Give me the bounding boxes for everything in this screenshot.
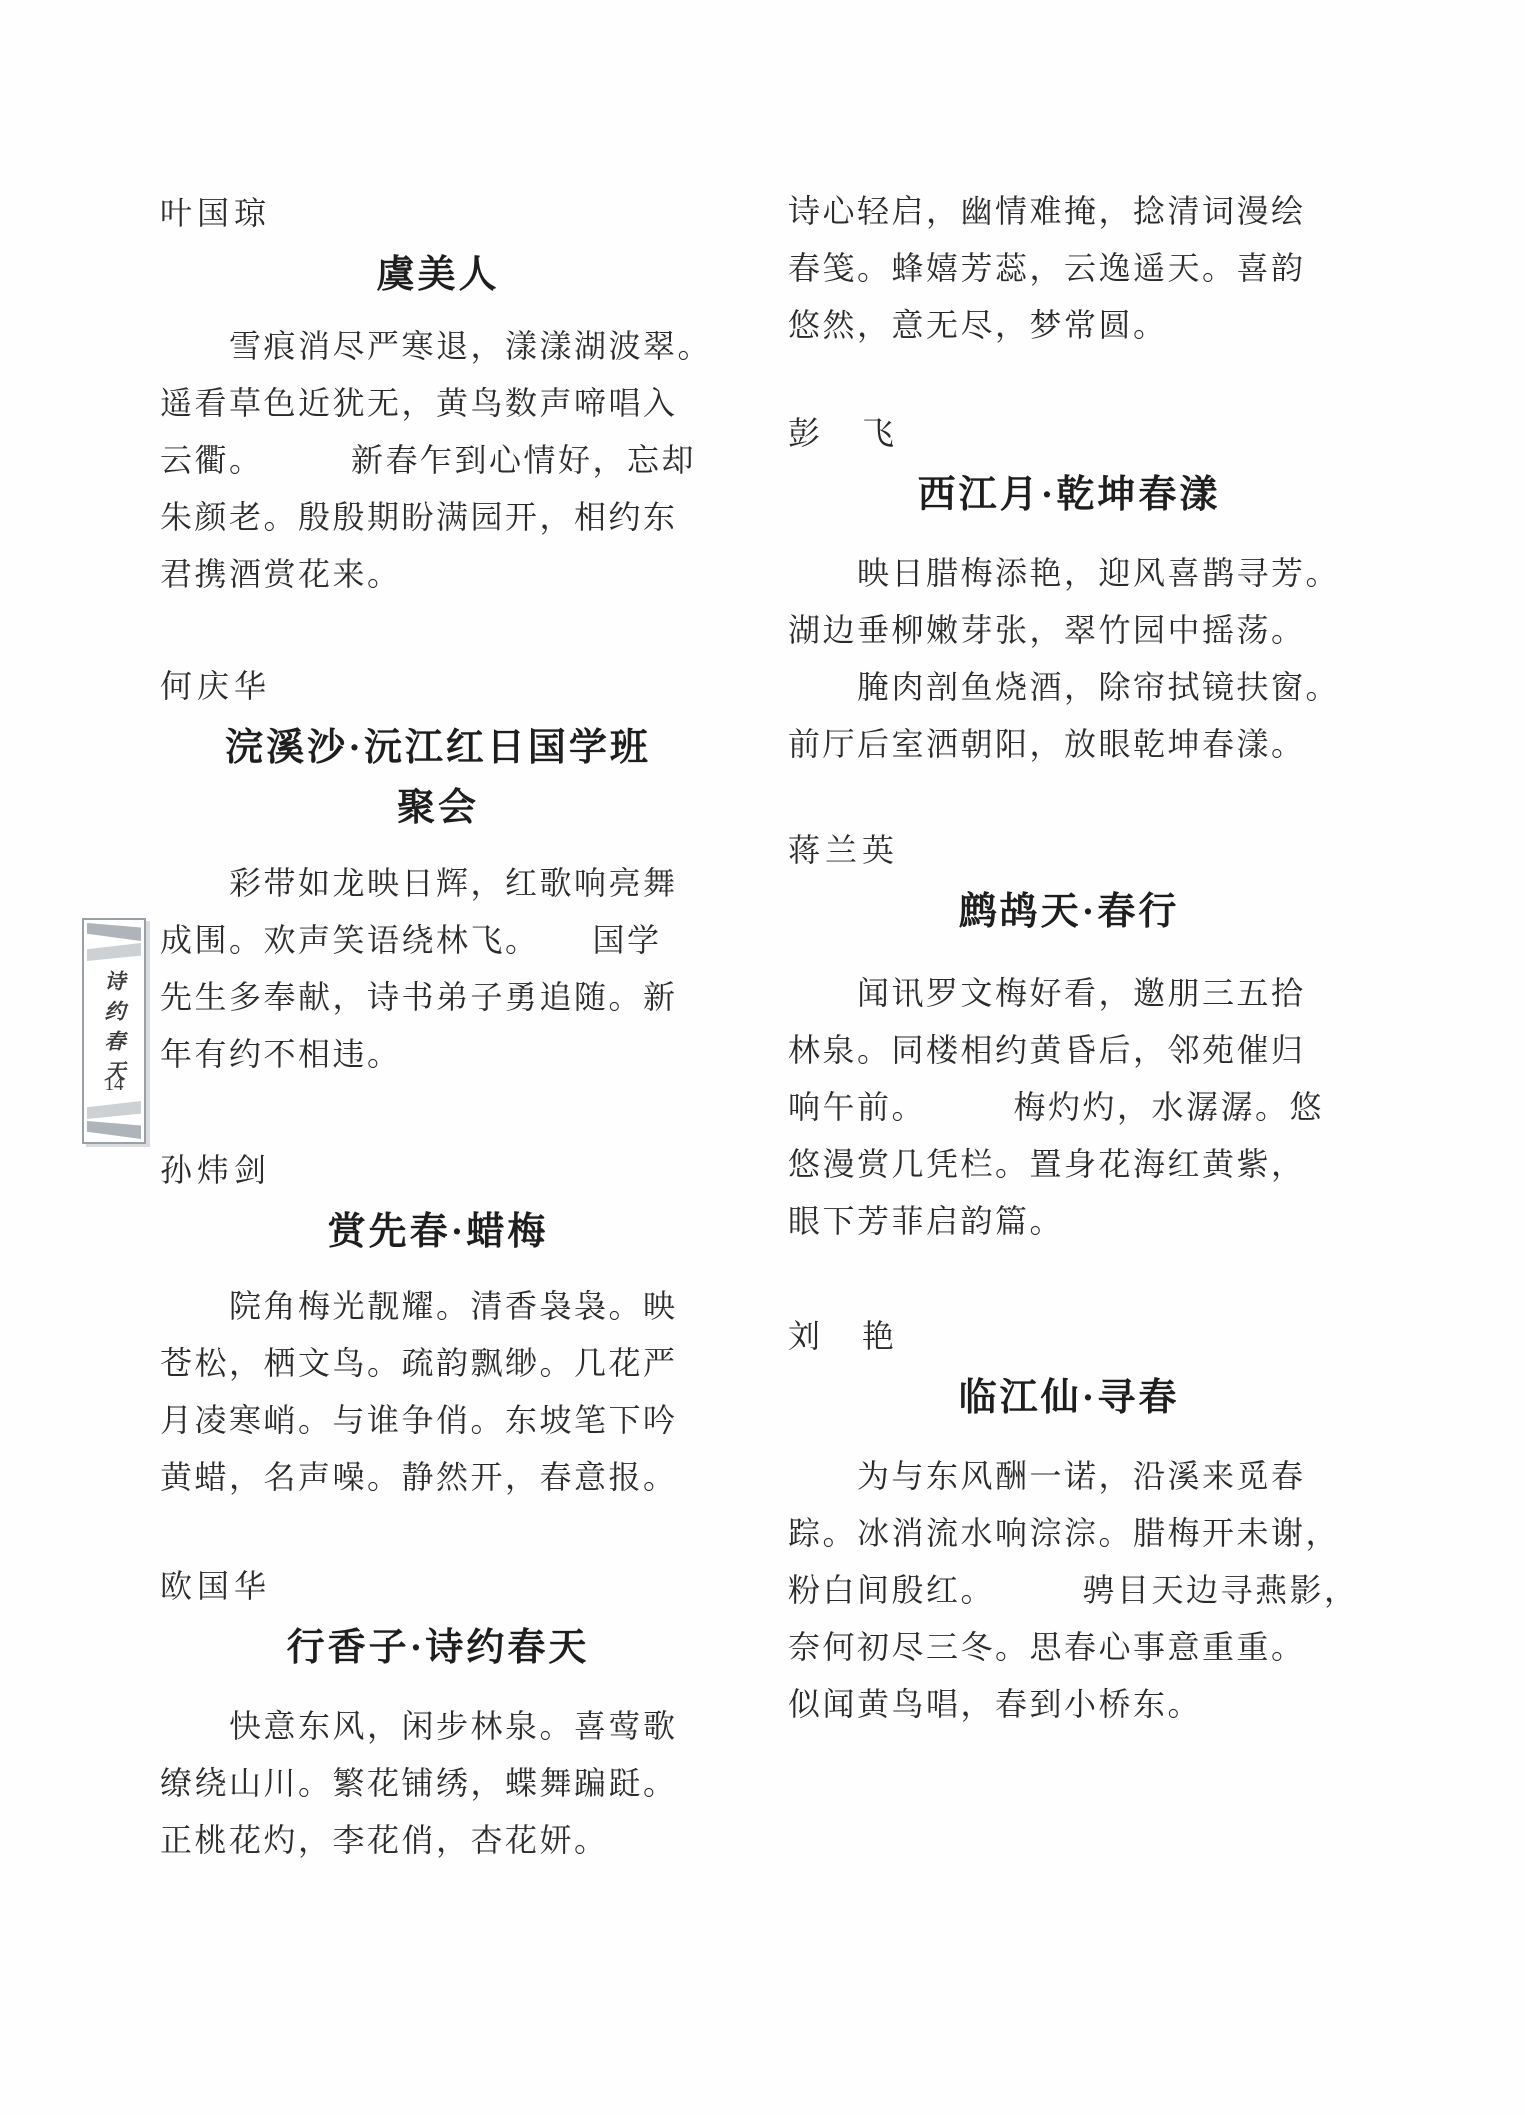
poem-body: 雪痕消尽严寒退，漾漾湖波翠。 遥看草色近犹无，黄鸟数声啼唱入 云衢。 新春乍到心… [160,318,716,603]
poem-line: 悠漫赏几凭栏。置身花海红黄紫， [788,1136,1350,1193]
poem-title: 西江月·乾坤春漾 [788,465,1350,525]
poem-line: 缭绕山川。繁花铺绣，蝶舞蹁跹。 [160,1755,716,1812]
poem-line: 君携酒赏花来。 [160,546,716,603]
ribbon-decoration-icon [87,923,141,941]
poem-body: 彩带如龙映日辉，红歌响亮舞 成围。欢声笑语绕林飞。 国学 先生多奉献，诗书弟子勇… [160,855,716,1083]
poem-line: 眼下芳菲启韵篇。 [788,1193,1350,1250]
poem-author: 刘 艳 [788,1308,899,1365]
poem-line: 响午前。 梅灼灼，水潺潺。悠 [788,1079,1350,1136]
poem-line: 院角梅光靓耀。清香袅袅。映 [160,1278,716,1335]
poem-line: 映日腊梅添艳，迎风喜鹊寻芳。 [788,545,1350,602]
page-number: 14 [84,1074,144,1096]
poem-author: 叶国琼 [160,185,271,242]
poem-line: 为与东风酬一诺，沿溪来觅春 [788,1448,1350,1505]
poem-author: 孙炜剑 [160,1142,271,1199]
poem-title: 虞美人 [160,245,716,305]
ribbon-decoration-icon [87,1121,141,1139]
poem-body: 映日腊梅添艳，迎风喜鹊寻芳。 湖边垂柳嫩芽张，翠竹园中摇荡。 腌肉剖鱼烧酒，除帘… [788,545,1350,773]
poem-body: 闻讯罗文梅好看，邀朋三五拾 林泉。同楼相约黄昏后，邻苑催归 响午前。 梅灼灼，水… [788,965,1350,1250]
poem-author: 何庆华 [160,658,271,715]
poem-line: 黄蜡，名声噪。静然开，春意报。 [160,1449,716,1506]
poem-body-continuation: 诗心轻启，幽情难掩，捻清词漫绘 春笺。蜂嬉芳蕊，云逸遥天。喜韵 悠然，意无尽，梦… [788,183,1350,354]
bookmark-vertical-title: 诗约春天 [99,970,129,1090]
poem-line: 云衢。 新春乍到心情好，忘却 [160,432,716,489]
poem-line: 先生多奉献，诗书弟子勇追随。新 [160,969,716,1026]
poem-author: 欧国华 [160,1558,271,1615]
poem-line: 悠然，意无尽，梦常圆。 [788,297,1350,354]
poem-body: 为与东风酬一诺，沿溪来觅春 踪。冰消流水响淙淙。腊梅开未谢， 粉白间殷红。 骋目… [788,1448,1350,1733]
poem-author: 蒋兰英 [788,822,899,879]
poem-author: 彭 飞 [788,405,899,462]
poem-line: 成围。欢声笑语绕林飞。 国学 [160,912,716,969]
poem-line: 朱颜老。殷殷期盼满园开，相约东 [160,489,716,546]
poem-body: 快意东风，闲步林泉。喜莺歌 缭绕山川。繁花铺绣，蝶舞蹁跹。 正桃花灼，李花俏，杏… [160,1698,716,1869]
poem-title: 行香子·诗约春天 [160,1618,716,1678]
poem-title-line1: 浣溪沙·沅江红日国学班 [160,718,716,778]
poetry-book-page: 诗约春天 14 叶国琼 虞美人 雪痕消尽严寒退，漾漾湖波翠。 遥看草色近犹无，黄… [0,0,1525,2115]
ribbon-decoration-icon [87,1101,141,1119]
ribbon-decoration-icon [87,943,141,961]
poem-line: 奈何初尽三冬。思春心事意重重。 [788,1619,1350,1676]
side-bookmark-ribbon: 诗约春天 14 [82,918,146,1144]
poem-line: 湖边垂柳嫩芽张，翠竹园中摇荡。 [788,602,1350,659]
poem-line: 彩带如龙映日辉，红歌响亮舞 [160,855,716,912]
poem-title: 赏先春·蜡梅 [160,1202,716,1262]
poem-line: 正桃花灼，李花俏，杏花妍。 [160,1812,716,1869]
poem-body: 院角梅光靓耀。清香袅袅。映 苍松，栖文鸟。疏韵飘缈。几花严 月凌寒峭。与谁争俏。… [160,1278,716,1506]
poem-title: 临江仙·寻春 [788,1368,1350,1428]
poem-line: 粉白间殷红。 骋目天边寻燕影， [788,1562,1350,1619]
poem-line: 雪痕消尽严寒退，漾漾湖波翠。 [160,318,716,375]
poem-line: 腌肉剖鱼烧酒，除帘拭镜扶窗。 [788,659,1350,716]
poem-line: 闻讯罗文梅好看，邀朋三五拾 [788,965,1350,1022]
poem-line: 月凌寒峭。与谁争俏。东坡笔下吟 [160,1392,716,1449]
poem-line: 遥看草色近犹无，黄鸟数声啼唱入 [160,375,716,432]
poem-line: 踪。冰消流水响淙淙。腊梅开未谢， [788,1505,1350,1562]
poem-line: 春笺。蜂嬉芳蕊，云逸遥天。喜韵 [788,240,1350,297]
poem-line: 似闻黄鸟唱，春到小桥东。 [788,1676,1350,1733]
poem-line: 苍松，栖文鸟。疏韵飘缈。几花严 [160,1335,716,1392]
poem-line: 诗心轻启，幽情难掩，捻清词漫绘 [788,183,1350,240]
poem-line: 前厅后室洒朝阳，放眼乾坤春漾。 [788,716,1350,773]
poem-title: 鹧鸪天·春行 [788,882,1350,942]
poem-line: 林泉。同楼相约黄昏后，邻苑催归 [788,1022,1350,1079]
poem-title: 浣溪沙·沅江红日国学班 聚会 [160,718,716,838]
poem-title-line2: 聚会 [160,778,716,838]
poem-line: 快意东风，闲步林泉。喜莺歌 [160,1698,716,1755]
poem-line: 年有约不相违。 [160,1026,716,1083]
